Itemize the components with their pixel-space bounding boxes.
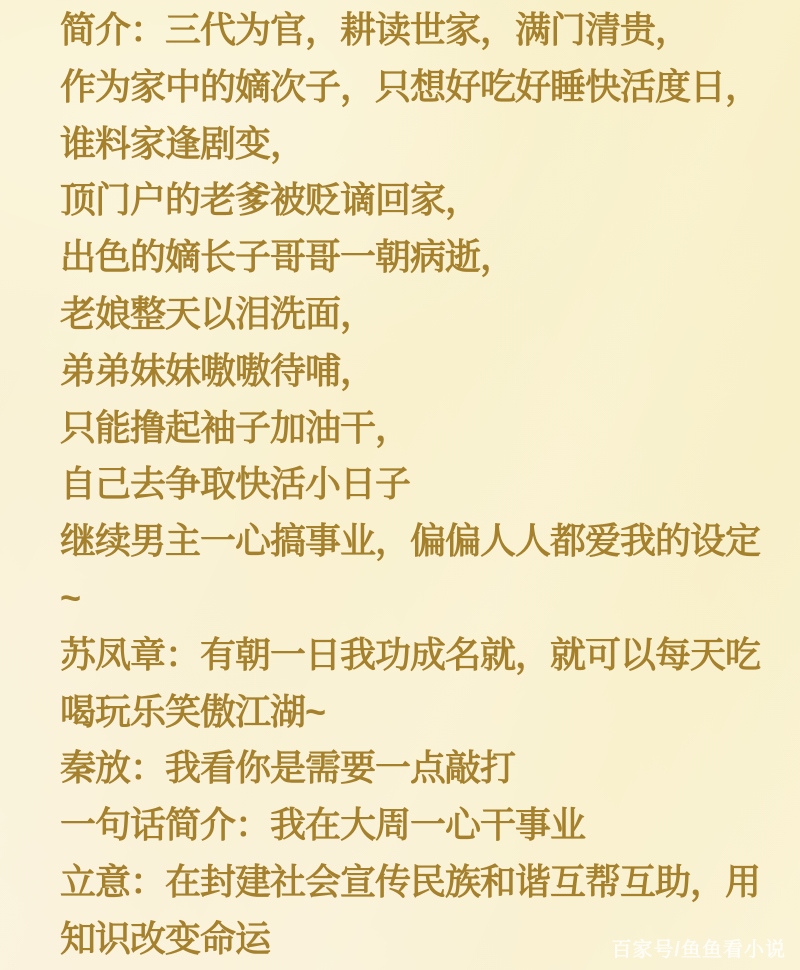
intro-text-block: 简介：三代为官，耕读世家，满门清贵，作为家中的嫡次子，只想好吃好睡快活度日，谁料… [60, 2, 790, 968]
text-line: 秦放：我看你是需要一点敲打 [60, 740, 790, 797]
text-line: 出色的嫡长子哥哥一朝病逝， [60, 229, 790, 286]
text-line: 一句话简介：我在大周一心干事业 [60, 797, 790, 854]
watermark: 百家号/鱼鱼看小说 [611, 933, 786, 962]
text-line: 老娘整天以泪洗面， [60, 286, 790, 343]
novel-intro-page: 简介：三代为官，耕读世家，满门清贵，作为家中的嫡次子，只想好吃好睡快活度日，谁料… [0, 0, 800, 970]
text-line: 作为家中的嫡次子，只想好吃好睡快活度日， [60, 59, 790, 116]
text-line: 谁料家逢剧变， [60, 116, 790, 173]
text-line: 苏凤章：有朝一日我功成名就，就可以每天吃 [60, 627, 790, 684]
text-line: 立意：在封建社会宣传民族和谐互帮互助，用 [60, 854, 790, 911]
text-line: ~ [60, 570, 790, 627]
text-line: 顶门户的老爹被贬谪回家， [60, 172, 790, 229]
text-line: 自己去争取快活小日子 [60, 456, 790, 513]
text-line: 继续男主一心搞事业，偏偏人人都爱我的设定 [60, 513, 790, 570]
text-line: 简介：三代为官，耕读世家，满门清贵， [60, 2, 790, 59]
text-line: 弟弟妹妹嗷嗷待哺， [60, 343, 790, 400]
text-line: 喝玩乐笑傲江湖~ [60, 684, 790, 741]
text-line: 只能撸起袖子加油干， [60, 400, 790, 457]
